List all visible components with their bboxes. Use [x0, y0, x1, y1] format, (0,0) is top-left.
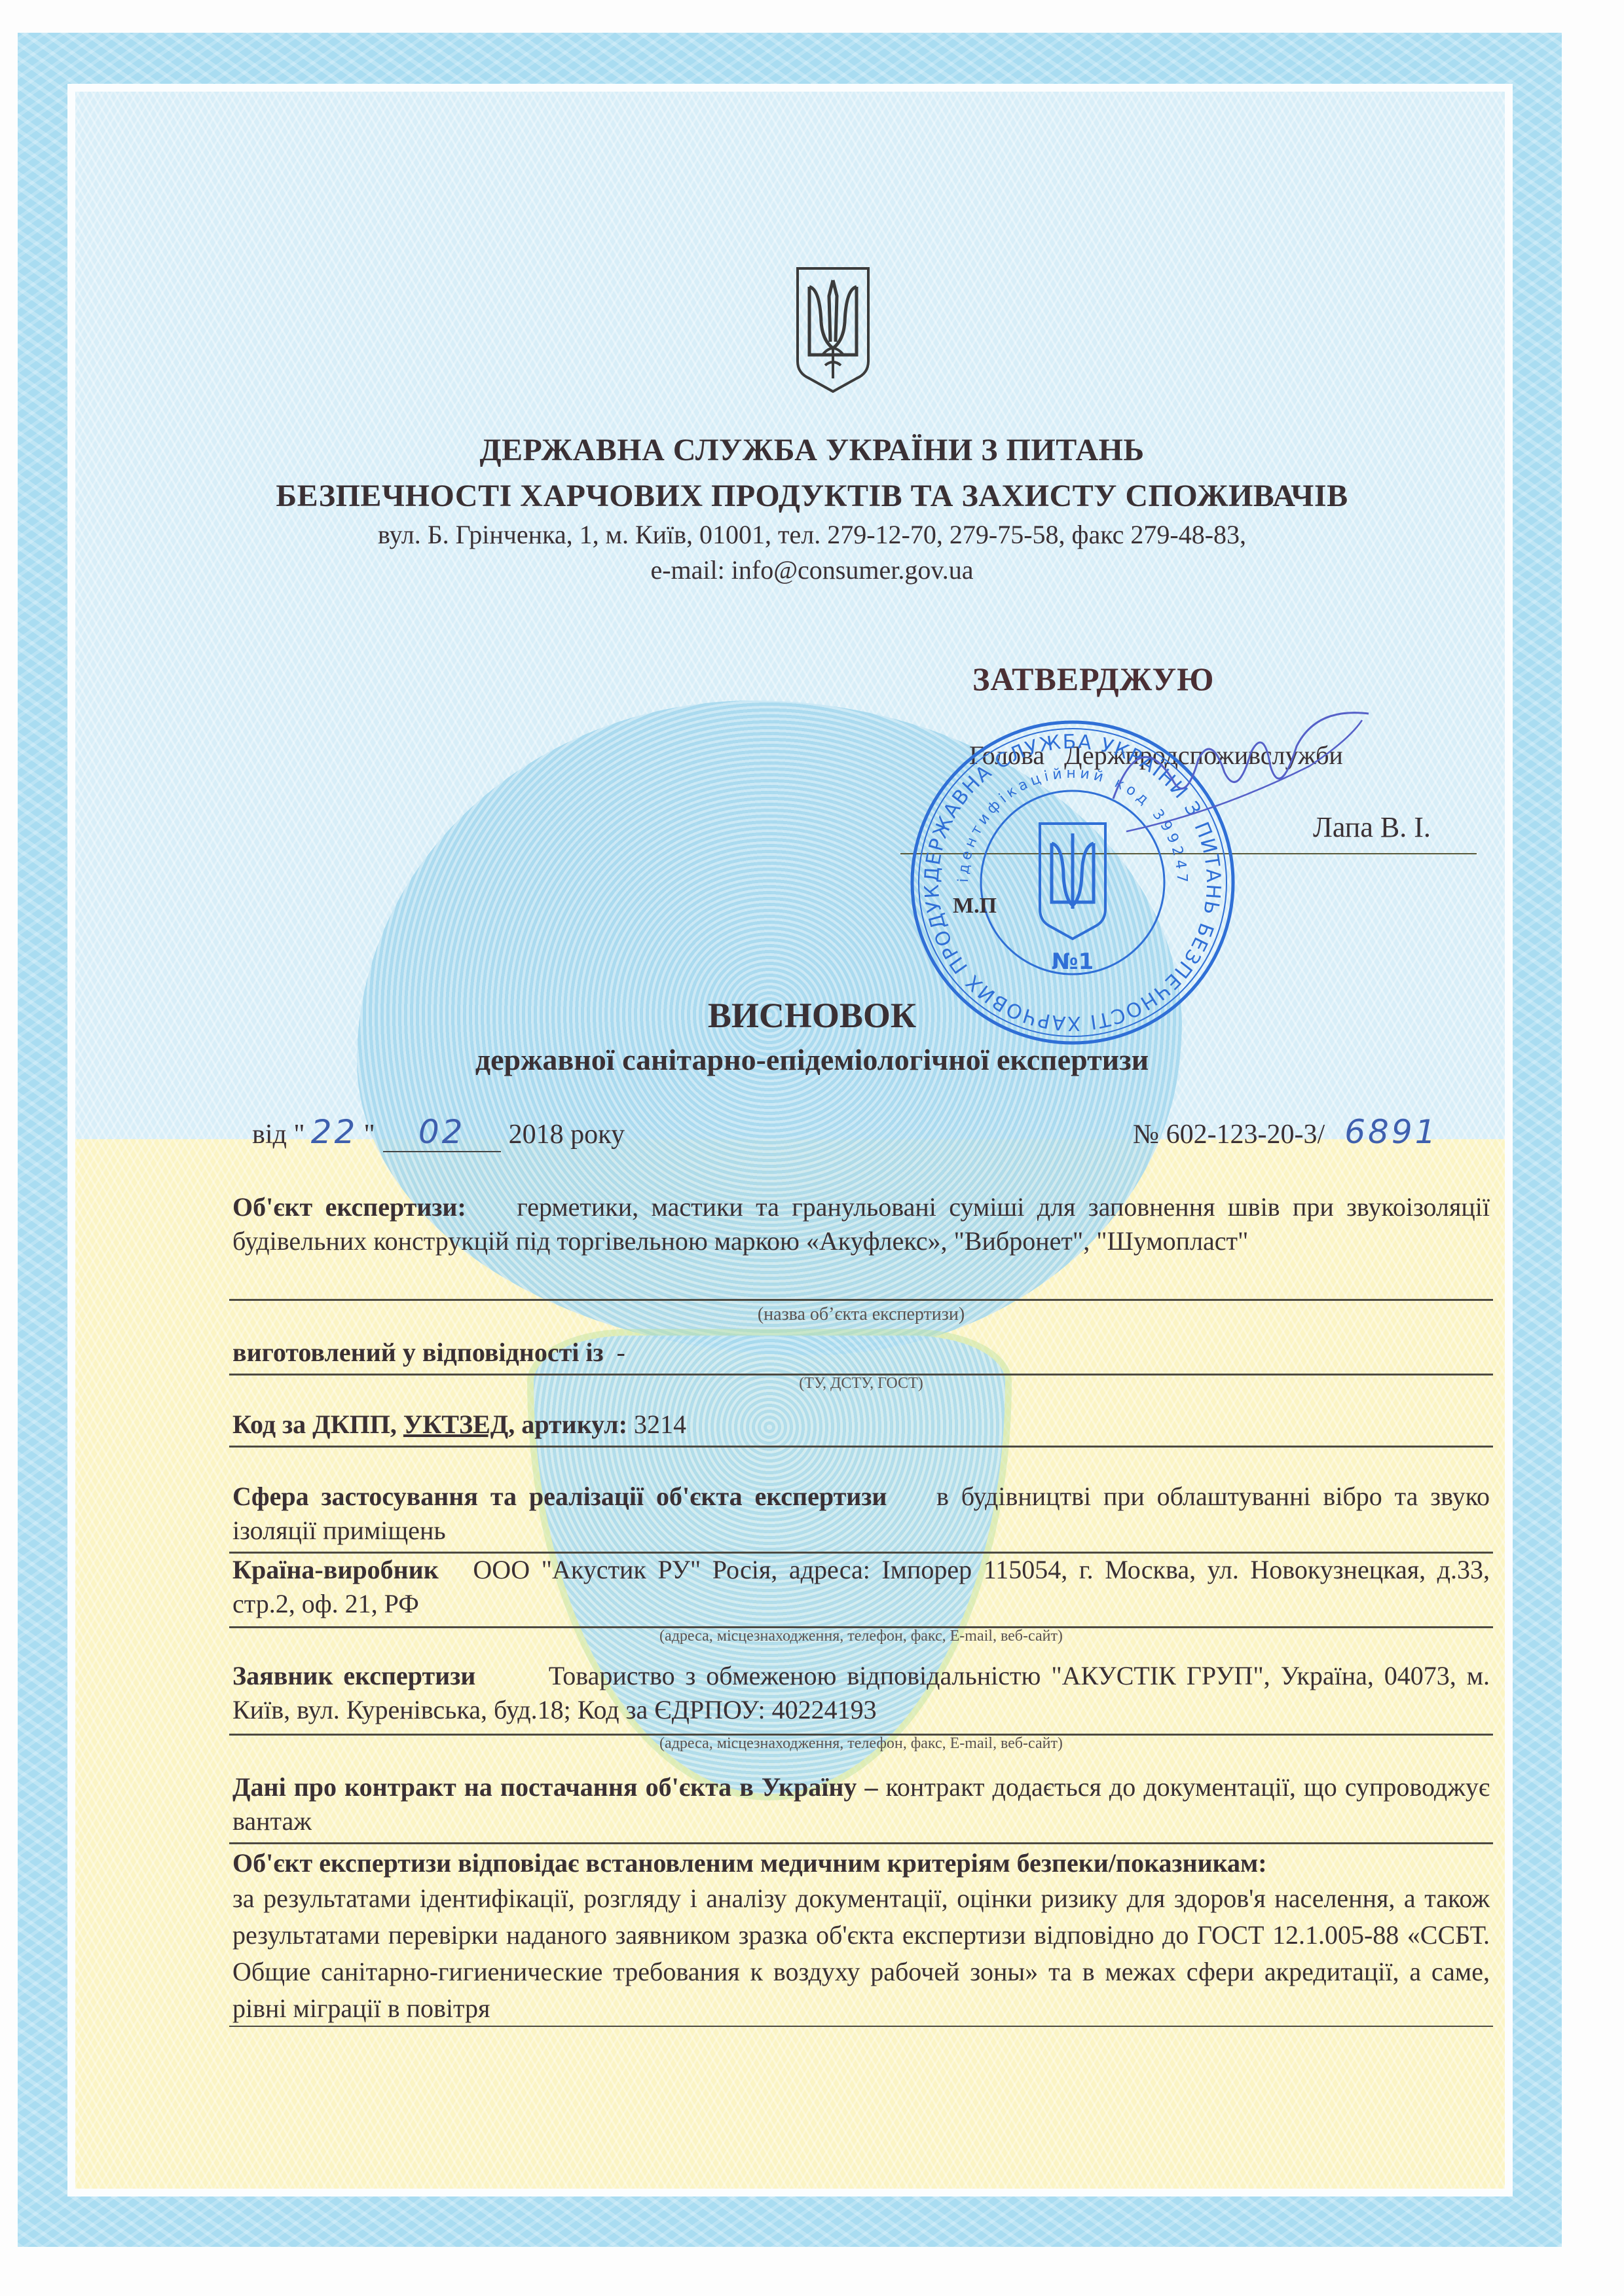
manufactured-label: виготовлений у відповідності із [232, 1338, 604, 1367]
divider [229, 2026, 1493, 2027]
number-handwritten: 6891 [1344, 1113, 1438, 1151]
document-date: від "22"022018 року [252, 1113, 625, 1152]
approval-heading: ЗАТВЕРДЖУЮ [972, 660, 1214, 698]
date-day-handwritten: 22 [305, 1113, 364, 1151]
document-title: ВИСНОВОК [0, 995, 1624, 1036]
object-caption: (назва об’єкта експертизи) [229, 1304, 1493, 1325]
object-of-expertise-row: Об'єкт експертизи: герметики, мастики та… [232, 1190, 1490, 1258]
date-year: 2018 року [509, 1120, 625, 1150]
code-value: 3214 [634, 1410, 686, 1439]
scope-row: Сфера застосування та реалізації об'єкта… [232, 1480, 1490, 1548]
svg-text:№1: №1 [1052, 949, 1094, 975]
applicant-label: Заявник експертизи [232, 1661, 475, 1690]
code-label-uktzed: УКТЗЕД [403, 1410, 508, 1439]
date-month-handwritten: 02 [383, 1113, 501, 1152]
manufactured-value: - [617, 1338, 625, 1367]
divider [229, 1842, 1493, 1844]
applicant-row: Заявник експертизи Товариство з обмежено… [232, 1659, 1490, 1727]
number-prefix: № 602-123-20-3/ [1133, 1120, 1325, 1150]
date-prefix: від " [252, 1120, 305, 1150]
document-number: № 602-123-20-3/6891 [1133, 1113, 1438, 1151]
manufactured-caption: (ТУ, ДСТУ, ГОСТ) [229, 1375, 1493, 1393]
authority-name-line2: БЕЗПЕЧНОСТІ ХАРЧОВИХ ПРОДУКТІВ ТА ЗАХИСТ… [0, 478, 1624, 514]
compliance-text: за результатами ідентифікації, розгляду … [232, 1880, 1490, 2027]
date-quote: " [364, 1120, 375, 1150]
handwritten-signature [1100, 701, 1375, 851]
contract-label: Дані про контракт на постачання об'єкта … [232, 1772, 877, 1802]
seal-place-label: М.П [953, 894, 997, 919]
authority-email: e-mail: info@consumer.gov.ua [0, 555, 1624, 585]
manufactured-row: виготовлений у відповідності із - [232, 1336, 1490, 1370]
code-label-article: , артикул: [508, 1410, 627, 1439]
tryzub-coat-of-arms-icon [794, 263, 872, 394]
code-label-dkpp: Код за ДКПП, [232, 1410, 397, 1439]
contract-row: Дані про контракт на постачання об'єкта … [232, 1770, 1490, 1838]
divider [229, 1299, 1493, 1301]
country-caption: (адреса, місцезнаходження, телефон, факс… [229, 1628, 1493, 1645]
code-row: Код за ДКПП, УКТЗЕД, артикул: 3214 [232, 1408, 1490, 1442]
authority-address: вул. Б. Грінченка, 1, м. Київ, 01001, те… [0, 519, 1624, 550]
object-label: Об'єкт експертизи: [232, 1192, 466, 1222]
country-row: Країна-виробник ООО "Акустик РУ" Росія, … [232, 1553, 1490, 1621]
scope-label: Сфера застосування та реалізації об'єкта… [232, 1482, 887, 1511]
compliance-heading: Об'єкт експертизи відповідає встановлени… [232, 1846, 1490, 1880]
compliance-label: Об'єкт експертизи відповідає встановлени… [232, 1848, 1267, 1878]
applicant-caption: (адреса, місцезнаходження, телефон, факс… [229, 1735, 1493, 1753]
divider [229, 1446, 1493, 1448]
document-subtitle: державної санітарно-епідеміологічної екс… [0, 1042, 1624, 1077]
authority-name-line1: ДЕРЖАВНА СЛУЖБА УКРАЇНИ З ПИТАНЬ [0, 432, 1624, 468]
country-label: Країна-виробник [232, 1555, 439, 1584]
